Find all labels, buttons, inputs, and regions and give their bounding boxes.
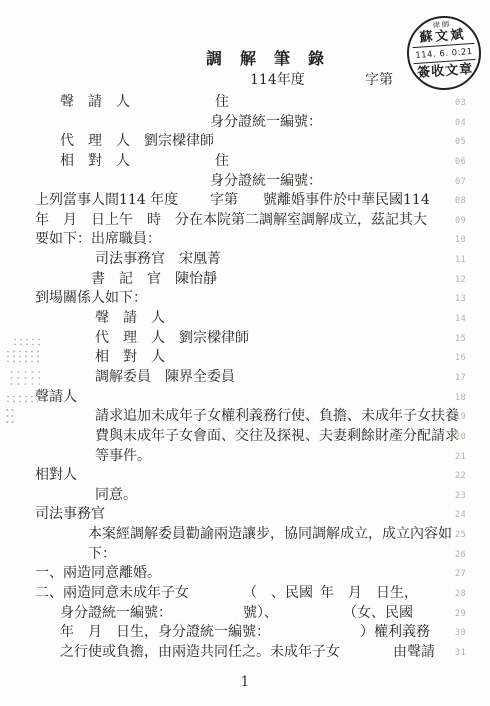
- text-segment: 司法事務官: [35, 505, 105, 525]
- text-segment: 相對人: [35, 466, 77, 486]
- doc-line: 身分證統一編號：04: [35, 113, 480, 133]
- text-segment: 聲 請 人: [60, 93, 130, 113]
- line-number: 19: [455, 412, 466, 422]
- line-number: 31: [455, 648, 466, 658]
- page-number: 1: [0, 674, 490, 690]
- text-segment: 書 記 官 陳怡靜: [91, 270, 217, 290]
- scan-artifact: [5, 349, 40, 363]
- text-segment: ）權利義務: [360, 623, 430, 643]
- doc-line: 到場關係人如下：13: [35, 289, 480, 309]
- doc-line: 年 月 日生，身分證統一編號：）權利義務30: [35, 623, 480, 643]
- line-number: 05: [455, 137, 466, 147]
- doc-line: 要如下：出席職員：10: [35, 230, 480, 250]
- text-segment: 二、兩造同意未成年子女: [35, 584, 189, 604]
- text-segment: 上列當事人間114 年度: [35, 191, 178, 211]
- doc-line: 請求追加未成年子女權利義務行使、負擔、未成年子女扶養19: [35, 407, 480, 427]
- text-segment: 之行使或負擔，由兩造共同任之。未成年子女: [60, 643, 340, 663]
- text-segment: 住: [215, 152, 229, 172]
- line-number: 26: [455, 550, 466, 560]
- doc-line: 相 對 人住06: [35, 152, 480, 172]
- line-number: 20: [455, 432, 466, 442]
- line-number: 21: [455, 452, 466, 462]
- text-segment: （ 、民國: [243, 584, 313, 604]
- text-segment: 字第: [210, 191, 238, 211]
- line-number: 25: [455, 530, 466, 540]
- line-number: 16: [455, 353, 466, 363]
- line-number: 10: [455, 235, 466, 245]
- line-number: 18: [455, 393, 466, 403]
- line-number: 08: [455, 196, 466, 206]
- text-segment: 號離婚事件於中華民國114: [263, 191, 430, 211]
- line-number: 11: [455, 255, 466, 265]
- doc-line: 等事件。21: [35, 447, 480, 467]
- text-segment: 住: [215, 93, 229, 113]
- text-segment: 身分證統一編號：: [60, 604, 172, 624]
- text-segment: 身分證統一編號：: [210, 172, 322, 192]
- text-segment: 代 理 人 劉宗樑律師: [60, 132, 214, 152]
- lawyer-receipt-stamp: 律師 蘇文斌 114. 6. 0:21 簽收文章: [405, 14, 484, 93]
- scan-artifact: [12, 337, 40, 345]
- line-number: 12: [455, 275, 466, 285]
- line-number: 07: [455, 177, 466, 187]
- doc-line: 費與未成年子女會面、交往及探視、夫妻剩餘財產分配請求20: [35, 427, 480, 447]
- doc-body: 聲 請 人住03身分證統一編號：04代 理 人 劉宗樑律師05相 對 人住06身…: [35, 93, 480, 663]
- text-segment: 等事件。: [95, 447, 151, 467]
- line-number: 14: [455, 314, 466, 324]
- doc-line: 聲 請 人14: [35, 309, 480, 329]
- line-number: 27: [455, 569, 466, 579]
- doc-line: 身分證統一編號：號）、（女、民國29: [35, 604, 480, 624]
- line-number: 06: [455, 157, 466, 167]
- scan-artifact: [8, 369, 40, 389]
- line-number: 22: [455, 471, 466, 481]
- doc-line: 書 記 官 陳怡靜12: [35, 270, 480, 290]
- doc-line: 代 理 人 劉宗樑律師05: [35, 132, 480, 152]
- line-number: 15: [455, 334, 466, 344]
- line-number: 30: [455, 628, 466, 638]
- case-year-label: 114年度: [250, 69, 305, 89]
- text-segment: 費與未成年子女會面、交往及探視、夫妻剩餘財產分配請求: [95, 427, 459, 447]
- doc-line: 相 對 人16: [35, 348, 480, 368]
- line-number: 03: [455, 98, 466, 108]
- doc-line: 聲請人18: [35, 388, 480, 408]
- stamp-label-text: 簽收文章: [417, 62, 474, 81]
- text-segment: 同意。: [95, 486, 137, 506]
- text-segment: 相 對 人: [95, 348, 165, 368]
- scanned-mediation-record-page: 調 解 筆 錄 114年度 字第 律師 蘇文斌 114. 6. 0:21 簽收文…: [0, 0, 490, 706]
- doc-line: 代 理 人 劉宗樑律師15: [35, 329, 480, 349]
- doc-line: 上列當事人間114 年度字第號離婚事件於中華民國11408: [35, 191, 480, 211]
- text-segment: 年 月 日生，: [320, 584, 418, 604]
- doc-line: 下：26: [35, 545, 480, 565]
- doc-line: 司法事務官 宋凰菁11: [35, 250, 480, 270]
- doc-line: 同意。23: [35, 486, 480, 506]
- line-number: 23: [455, 491, 466, 501]
- text-segment: 司法事務官 宋凰菁: [95, 250, 221, 270]
- text-segment: 調解委員 陳界全委員: [95, 368, 235, 388]
- line-number: 29: [455, 609, 466, 619]
- line-number: 09: [455, 216, 466, 226]
- text-segment: 一、兩造同意離婚。: [35, 564, 161, 584]
- text-segment: （女、民國: [343, 604, 413, 624]
- text-segment: 號）、: [243, 604, 278, 624]
- doc-line: 一、兩造同意離婚。27: [35, 564, 480, 584]
- text-segment: 聲請人: [35, 388, 77, 408]
- doc-line: 年 月 日上午 時 分在本院第二調解室調解成立，茲記其大09: [35, 211, 480, 231]
- doc-line: 聲 請 人住03: [35, 93, 480, 113]
- doc-line: 身分證統一編號：07: [35, 172, 480, 192]
- doc-line: 司法事務官24: [35, 505, 480, 525]
- text-segment: 要如下：出席職員：: [35, 230, 161, 250]
- text-segment: 代 理 人 劉宗樑律師: [95, 329, 249, 349]
- doc-line: 之行使或負擔，由兩造共同任之。未成年子女由聲請31: [35, 643, 480, 663]
- doc-line: 本案經調解委員勸諭兩造讓步，協同調解成立，成立內容如25: [35, 525, 480, 545]
- line-number: 24: [455, 510, 466, 520]
- text-segment: 年 月 日上午 時 分在本院第二調解室調解成立，茲記其大: [35, 211, 427, 231]
- doc-line: 調解委員 陳界全委員17: [35, 368, 480, 388]
- doc-line: 二、兩造同意未成年子女（ 、民國年 月 日生，28: [35, 584, 480, 604]
- text-segment: 相 對 人: [60, 152, 130, 172]
- stamp-date-text: 114. 6. 0:21: [413, 44, 476, 64]
- line-number: 28: [455, 589, 466, 599]
- case-number-label: 字第: [365, 69, 393, 89]
- document-title: 調 解 筆 錄: [206, 46, 325, 69]
- text-segment: 到場關係人如下：: [35, 289, 147, 309]
- doc-line: 相對人22: [35, 466, 480, 486]
- line-number: 04: [455, 118, 466, 128]
- text-segment: 請求追加未成年子女權利義務行使、負擔、未成年子女扶養: [95, 407, 459, 427]
- text-segment: 聲 請 人: [95, 309, 165, 329]
- scan-artifact: [5, 394, 38, 403]
- text-segment: 本案經調解委員勸諭兩造讓步，協同調解成立，成立內容如: [88, 525, 452, 545]
- text-segment: 下：: [88, 545, 116, 565]
- line-number: 17: [455, 373, 466, 383]
- text-segment: 年 月 日生，身分證統一編號：: [60, 623, 270, 643]
- text-segment: 由聲請: [393, 643, 435, 663]
- scan-artifact: [5, 407, 14, 427]
- text-segment: 身分證統一編號：: [210, 113, 322, 133]
- line-number: 13: [455, 294, 466, 304]
